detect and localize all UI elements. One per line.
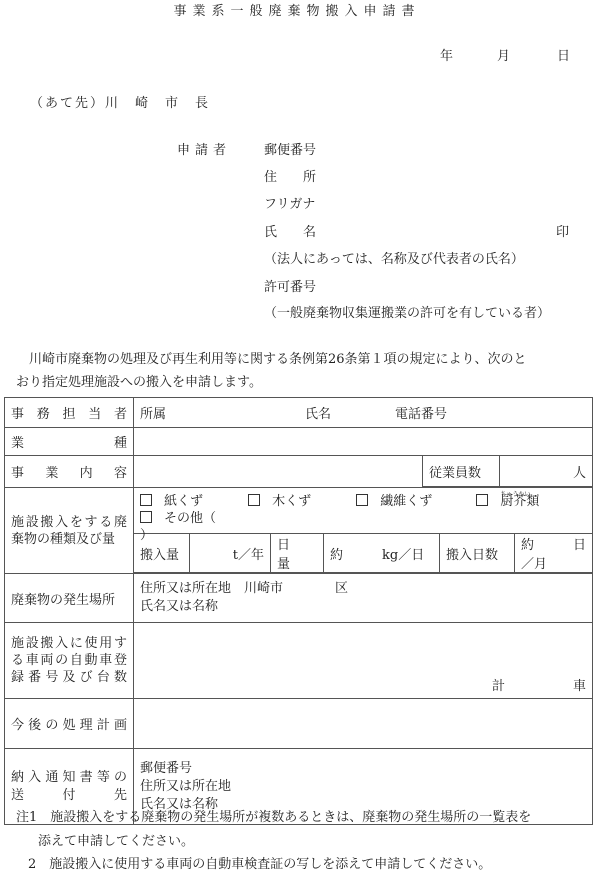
business-field[interactable] <box>134 456 423 487</box>
year-label: 年 <box>440 45 453 64</box>
applicant-name: 氏 名 <box>264 221 316 240</box>
wood-label: 木くず <box>272 493 352 510</box>
checkbox-kitchen[interactable] <box>476 494 488 506</box>
addressee: （あて先）川 崎 市 長 <box>30 92 210 111</box>
form-title: 事業系一般廃棄物搬入申請書 <box>0 0 594 19</box>
staff-label: 事務担当者 <box>11 403 127 422</box>
checkbox-wood[interactable] <box>248 494 260 506</box>
note-2: 2 施設搬入に使用する車両の自動車検査証の写しを添えて申請してください。 <box>28 853 491 872</box>
notice-address: 住所又は所在地 <box>140 778 586 796</box>
seal-mark: 印 <box>556 221 569 240</box>
note-1-line-1: 注1 施設搬入をする廃棄物の発生場所が複数あるときは、廃棄物の発生場所の一覧表を <box>16 806 531 830</box>
checkbox-other[interactable] <box>140 511 152 523</box>
origin-field[interactable]: 住所又は所在地 川崎市 区 氏名又は名称 <box>134 574 593 623</box>
notice-label-2: 送付先 <box>11 787 127 805</box>
intro-text-2: おり指定処理施設への搬入を申請します。 <box>16 371 262 394</box>
industry-label: 業種 <box>11 432 127 451</box>
waste-types: 紙くず 木くず 繊維くず ちゅうかい厨芥類 その他（） <box>134 488 592 533</box>
phone-label: 電話番号 <box>395 407 447 422</box>
vehicles-field[interactable]: 計車 <box>134 623 593 699</box>
origin-row: 廃棄物の発生場所 住所又は所在地 川崎市 区 氏名又は名称 <box>5 574 593 623</box>
staff-row: 事務担当者 所属氏名電話番号 <box>5 398 593 428</box>
permit-number: 許可番号 <box>264 276 316 295</box>
waste-label: 施設搬入をする廃棄物の種類及び量 <box>11 514 127 548</box>
kitchen-label: ちゅうかい厨芥類 <box>500 494 539 509</box>
textile-label: 繊維くず <box>380 493 472 510</box>
origin-name: 氏名又は名称 <box>140 598 586 616</box>
waste-row: 施設搬入をする廃棄物の種類及び量 紙くず 木くず 繊維くず ちゅうかい厨芥類 そ… <box>5 488 593 574</box>
daily-field[interactable]: 約 kg／日 <box>324 534 440 573</box>
affiliation-label: 所属 <box>140 403 305 422</box>
note-1-line-2: 添えて申請してください。 <box>38 830 194 854</box>
staff-field[interactable]: 所属氏名電話番号 <box>134 398 593 428</box>
business-row: 事業内容 従業員数 人 <box>5 456 593 488</box>
vehicles-total: 計 <box>492 679 505 694</box>
vehicles-row: 施設搬入に使用する車両の自動車登録番号及び台数 計車 <box>5 623 593 699</box>
staff-name-label: 氏名 <box>305 403 395 422</box>
permit-note: （一般廃棄物収集運搬業の許可を有している者） <box>264 302 550 321</box>
other-close: ） <box>140 528 153 543</box>
amount-field[interactable]: t／年 <box>190 534 271 573</box>
corp-note: （法人にあっては、名称及び代表者の氏名） <box>264 248 524 267</box>
checkbox-textile[interactable] <box>356 494 368 506</box>
employees-unit: 人 <box>573 466 586 481</box>
applicant-label: 申請者 <box>177 139 231 158</box>
month-label: 月 <box>497 45 510 64</box>
other-label: その他（ <box>164 510 574 527</box>
employees-label: 従業員数 <box>423 456 500 487</box>
ruby-text: ちゅうかい <box>500 486 530 503</box>
employees-field[interactable]: 人 <box>500 456 593 487</box>
origin-address: 住所又は所在地 川崎市 区 <box>140 580 586 598</box>
day-label: 日 <box>557 45 570 64</box>
applicant-postal-code: 郵便番号 <box>264 139 316 158</box>
plan-row: 今後の処理計画 <box>5 699 593 749</box>
paper-label: 紙くず <box>164 493 244 510</box>
plan-label: 今後の処理計画 <box>11 714 127 733</box>
intro-text-1: 川崎市廃棄物の処理及び再生利用等に関する条例第26条第１項の規定により、次のと <box>16 348 527 371</box>
checkbox-paper[interactable] <box>140 494 152 506</box>
origin-label: 廃棄物の発生場所 <box>11 589 127 608</box>
business-label: 事業内容 <box>11 462 127 481</box>
daily-label: 日 量 <box>271 534 324 573</box>
vehicles-label: 施設搬入に使用する車両の自動車登録番号及び台数 <box>11 635 127 686</box>
industry-row: 業種 <box>5 428 593 456</box>
amount-unit: t／年 <box>233 548 264 563</box>
industry-field[interactable] <box>134 428 593 456</box>
applicant-address: 住 所 <box>264 166 316 185</box>
days-label: 搬入日数 <box>440 534 515 573</box>
days-field[interactable]: 約 日／月 <box>515 534 593 573</box>
notice-postal: 郵便番号 <box>140 760 586 778</box>
vehicles-unit: 車 <box>573 679 586 694</box>
notice-label-1: 納入通知書等の <box>11 769 127 787</box>
application-table: 事務担当者 所属氏名電話番号 業種 事業内容 従業員数 人 施設搬入をする廃棄物… <box>4 397 593 825</box>
plan-field[interactable] <box>134 699 593 749</box>
applicant-furigana: フリガナ <box>264 193 315 212</box>
